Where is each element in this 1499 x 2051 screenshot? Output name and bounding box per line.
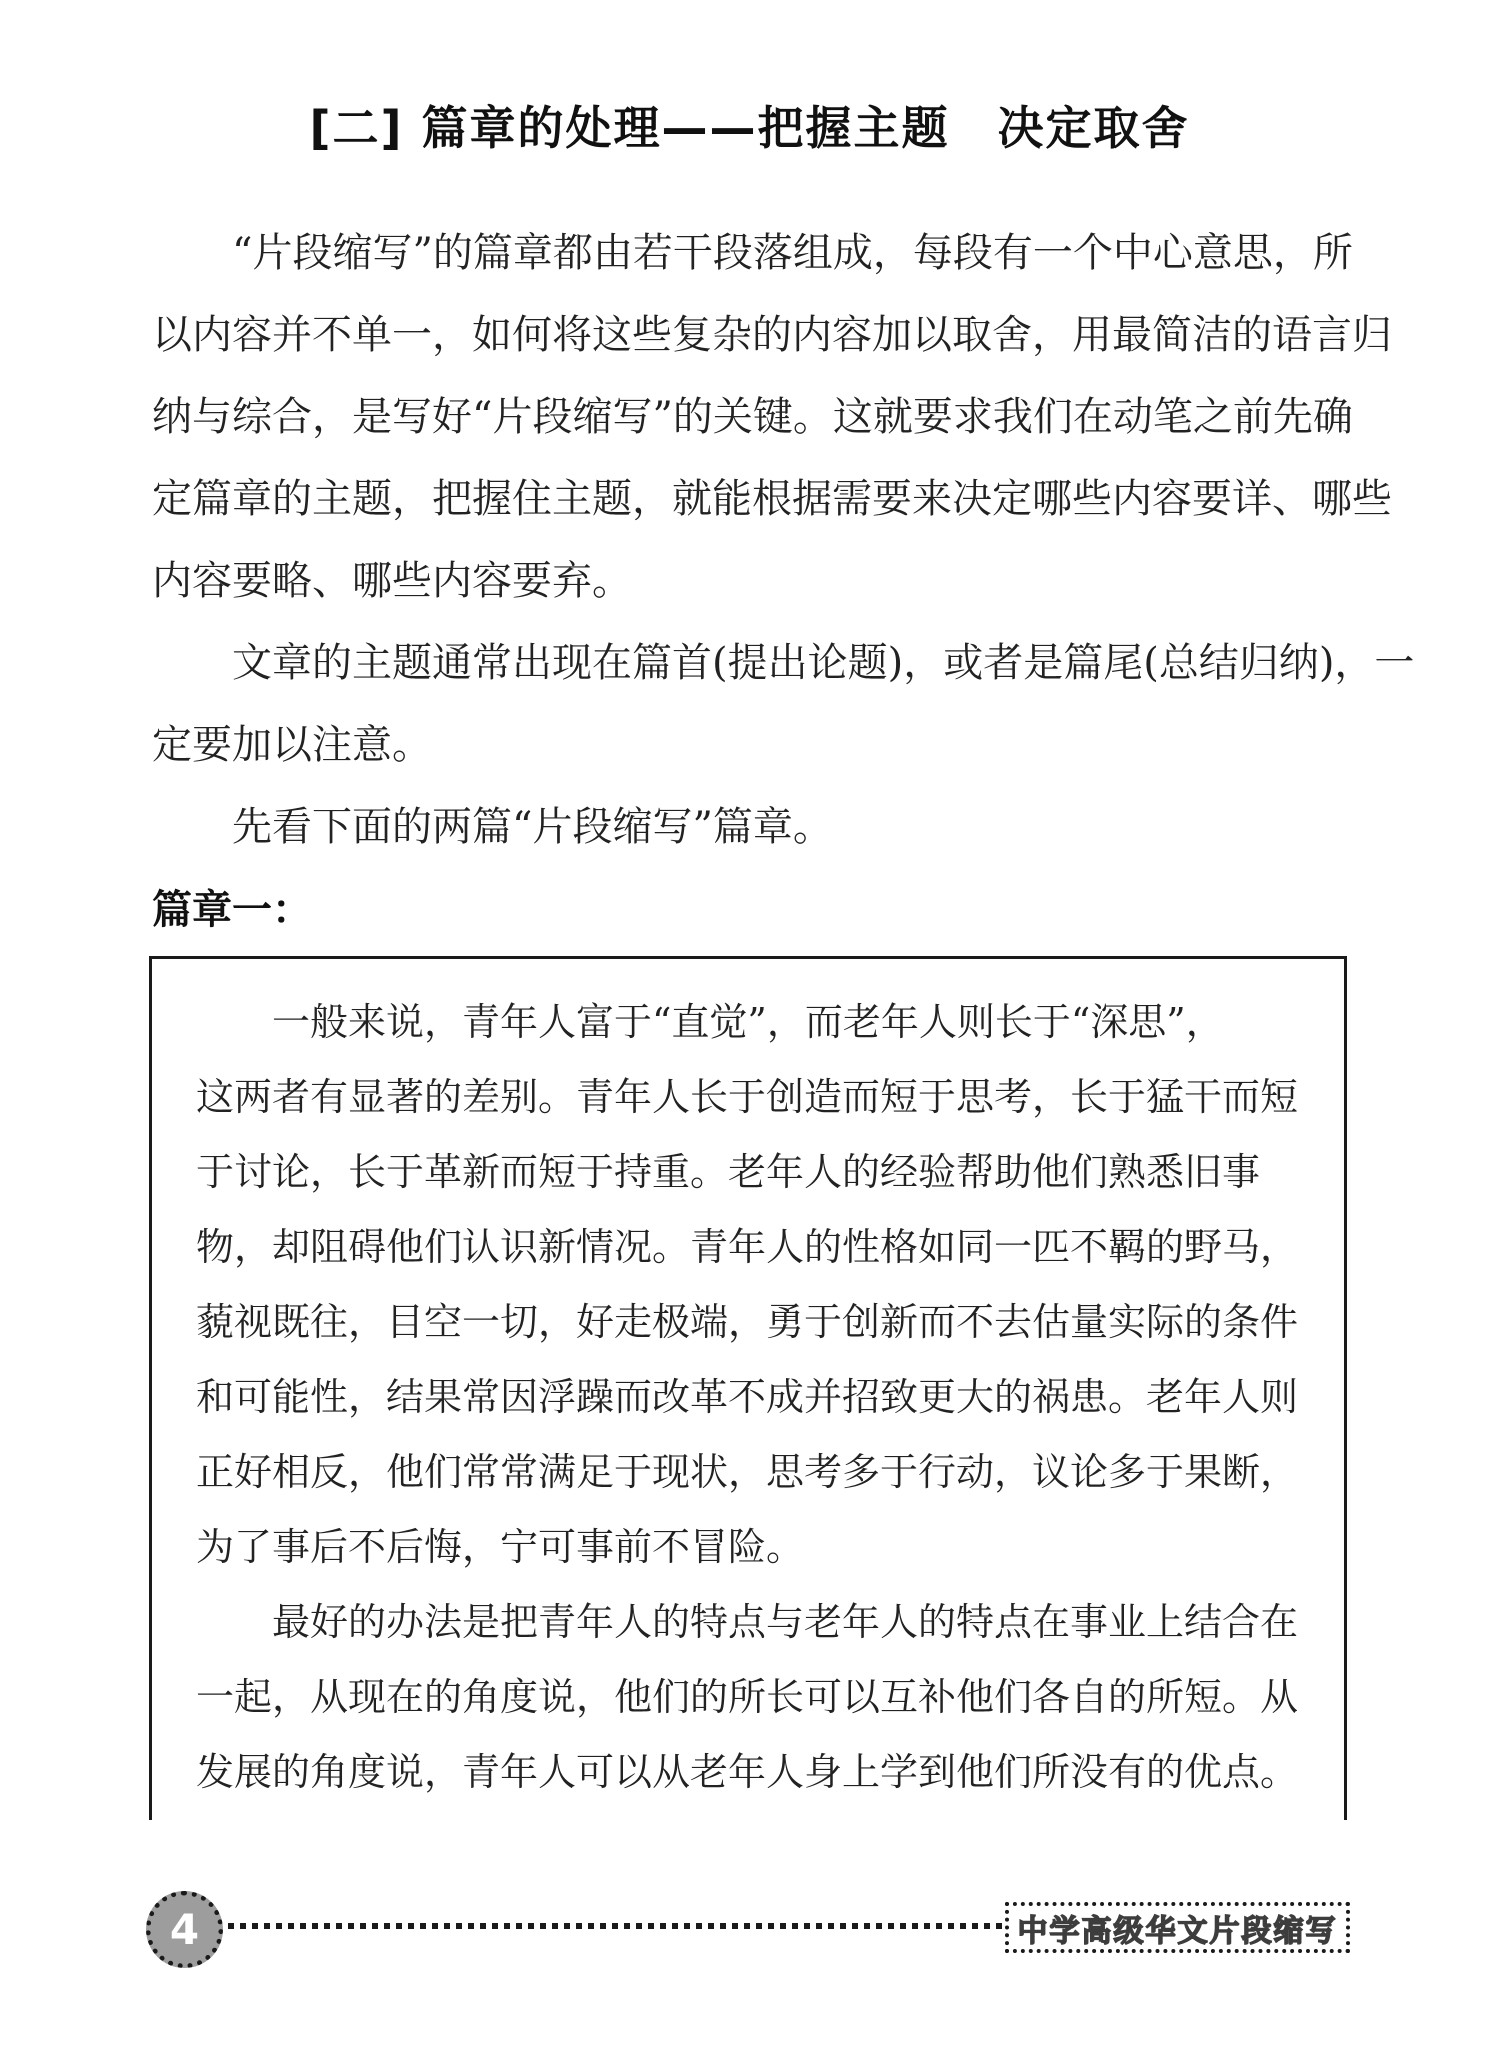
passage-line: 为了事后不后悔，宁可事前不冒险。 [196,1510,1300,1585]
book-title-box: 中学高级华文片段缩写 [1005,1902,1350,1953]
passage-one-box: 一般来说，青年人富于“直觉”，而老年人则长于“深思”， 这两者有显著的差别。青年… [149,956,1347,1820]
passage-line: 和可能性，结果常因浮躁而改革不成并招致更大的祸患。老年人则 [196,1360,1300,1435]
passage-line: 一般来说，青年人富于“直觉”，而老年人则长于“深思”， [196,985,1300,1060]
intro-line: 纳与综合，是写好“片段缩写”的关键。这就要求我们在动笔之前先确 [152,376,1392,458]
passage-line: 最好的办法是把青年人的特点与老年人的特点在事业上结合在 [196,1585,1300,1660]
page-number-badge: 4 [146,1891,223,1968]
intro-line: 定要加以注意。 [152,704,1392,786]
intro-line: 定篇章的主题，把握住主题，就能根据需要来决定哪些内容要详、哪些 [152,458,1392,540]
passage-line: 一起，从现在的角度说，他们的所长可以互补他们各自的所短。从 [196,1660,1300,1735]
passage-line: 物，却阻碍他们认识新情况。青年人的性格如同一匹不羁的野马， [196,1210,1300,1285]
passage-line: 发展的角度说，青年人可以从老年人身上学到他们所没有的优点。 [196,1735,1300,1810]
intro-text-block: “片段缩写”的篇章都由若干段落组成，每段有一个中心意思，所 以内容并不单一，如何… [152,212,1392,868]
intro-line: 文章的主题通常出现在篇首(提出论题)，或者是篇尾(总结归纳)，一 [152,622,1392,704]
footer-dotted-line [228,1923,1006,1929]
intro-line: 内容要略、哪些内容要弃。 [152,540,1392,622]
page-title: [二] 篇章的处理——把握主题 决定取舍 [0,92,1499,158]
passage-line: 于讨论，长于革新而短于持重。老年人的经验帮助他们熟悉旧事 [196,1135,1300,1210]
passage-line: 正好相反，他们常常满足于现状，思考多于行动，议论多于果断， [196,1435,1300,1510]
intro-line: 先看下面的两篇“片段缩写”篇章。 [152,786,1392,868]
passage-line: 藐视既往，目空一切，好走极端，勇于创新而不去估量实际的条件 [196,1285,1300,1360]
section-heading-passage-one: 篇章一： [152,878,312,935]
page-number: 4 [170,1905,199,1954]
passage-line: 这两者有显著的差别。青年人长于创造而短于思考，长于猛干而短 [196,1060,1300,1135]
intro-line: “片段缩写”的篇章都由若干段落组成，每段有一个中心意思，所 [152,212,1392,294]
book-title: 中学高级华文片段缩写 [1018,1906,1338,1950]
intro-line: 以内容并不单一，如何将这些复杂的内容加以取舍，用最简洁的语言归 [152,294,1392,376]
